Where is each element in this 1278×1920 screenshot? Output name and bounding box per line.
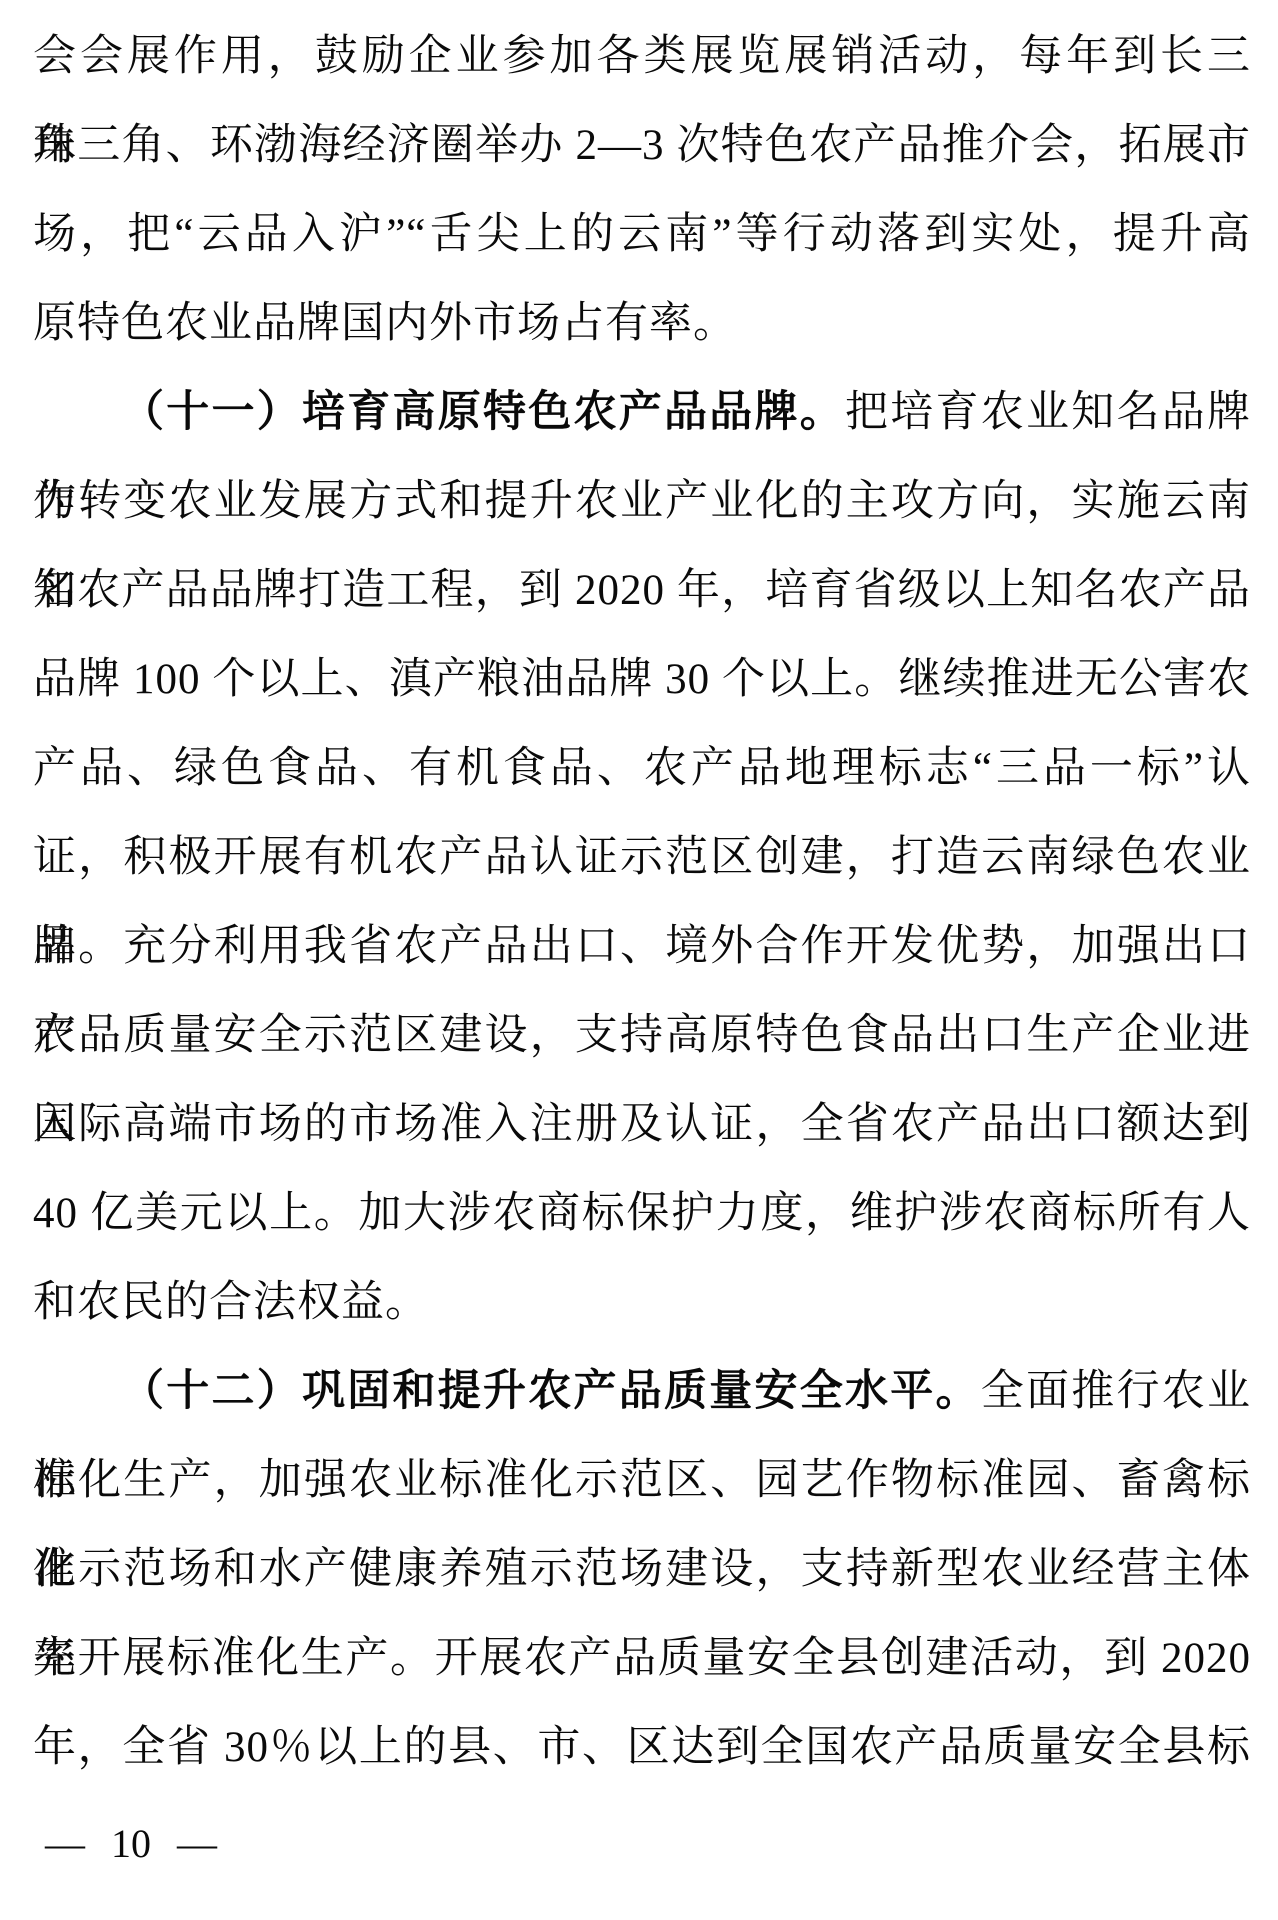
text-line: 证，积极开展有机农产品认证示范区创建，打造云南绿色农业品 <box>33 813 1251 902</box>
footer-dash-left: — <box>45 1821 85 1866</box>
text-line: 珠三角、环渤海经济圈举办 2—3 次特色农产品推介会，拓展市 <box>33 101 1251 190</box>
text-line: 牌。充分利用我省农产品出口、境外合作开发优势，加强出口农 <box>33 902 1251 991</box>
text-block: 会会展作用，鼓励企业参加各类展览展销活动，每年到长三角、珠三角、环渤海经济圈举办… <box>33 12 1251 1792</box>
text-line: （十一）培育高原特色农产品品牌。把培育农业知名品牌作 <box>33 368 1251 457</box>
text-line: 品牌 100 个以上、滇产粮油品牌 30 个以上。继续推进无公害农 <box>33 635 1251 724</box>
text-line: 准化生产，加强农业标准化示范区、园艺作物标准园、畜禽标准 <box>33 1436 1251 1525</box>
text-line: 原特色农业品牌国内外市场占有率。 <box>33 279 1251 368</box>
text-line: （十二）巩固和提升农产品质量安全水平。全面推行农业标 <box>33 1347 1251 1436</box>
text-line: 产品质量安全示范区建设，支持高原特色食品出口生产企业进入 <box>33 991 1251 1080</box>
text-line: 会会展作用，鼓励企业参加各类展览展销活动，每年到长三角、 <box>33 12 1251 101</box>
text-line: 化示范场和水产健康养殖示范场建设，支持新型农业经营主体率 <box>33 1525 1251 1614</box>
text-line: 为转变农业发展方式和提升农业产业化的主攻方向，实施云南知 <box>33 457 1251 546</box>
text-line: 名农产品品牌打造工程，到 2020 年，培育省级以上知名农产品 <box>33 546 1251 635</box>
text-line: 和农民的合法权益。 <box>33 1258 1251 1347</box>
text-line: 国际高端市场的市场准入注册及认证，全省农产品出口额达到 <box>33 1080 1251 1169</box>
page-footer: —10— <box>45 1820 217 1867</box>
footer-dash-right: — <box>177 1821 217 1866</box>
document-page: 会会展作用，鼓励企业参加各类展览展销活动，每年到长三角、珠三角、环渤海经济圈举办… <box>0 0 1278 1920</box>
section-heading: （十一）培育高原特色农产品品牌。 <box>121 389 845 436</box>
text-line: 场，把“云品入沪”“舌尖上的云南”等行动落到实处，提升高 <box>33 190 1251 279</box>
text-line: 先开展标准化生产。开展农产品质量安全县创建活动，到 2020 <box>33 1614 1251 1703</box>
text-line: 年，全省 30％以上的县、市、区达到全国农产品质量安全县标 <box>33 1703 1251 1792</box>
page-number: 10 <box>111 1821 151 1866</box>
section-heading: （十二）巩固和提升农产品质量安全水平。 <box>121 1368 981 1415</box>
text-line: 40 亿美元以上。加大涉农商标保护力度，维护涉农商标所有人 <box>33 1169 1251 1258</box>
text-line: 产品、绿色食品、有机食品、农产品地理标志“三品一标”认 <box>33 724 1251 813</box>
